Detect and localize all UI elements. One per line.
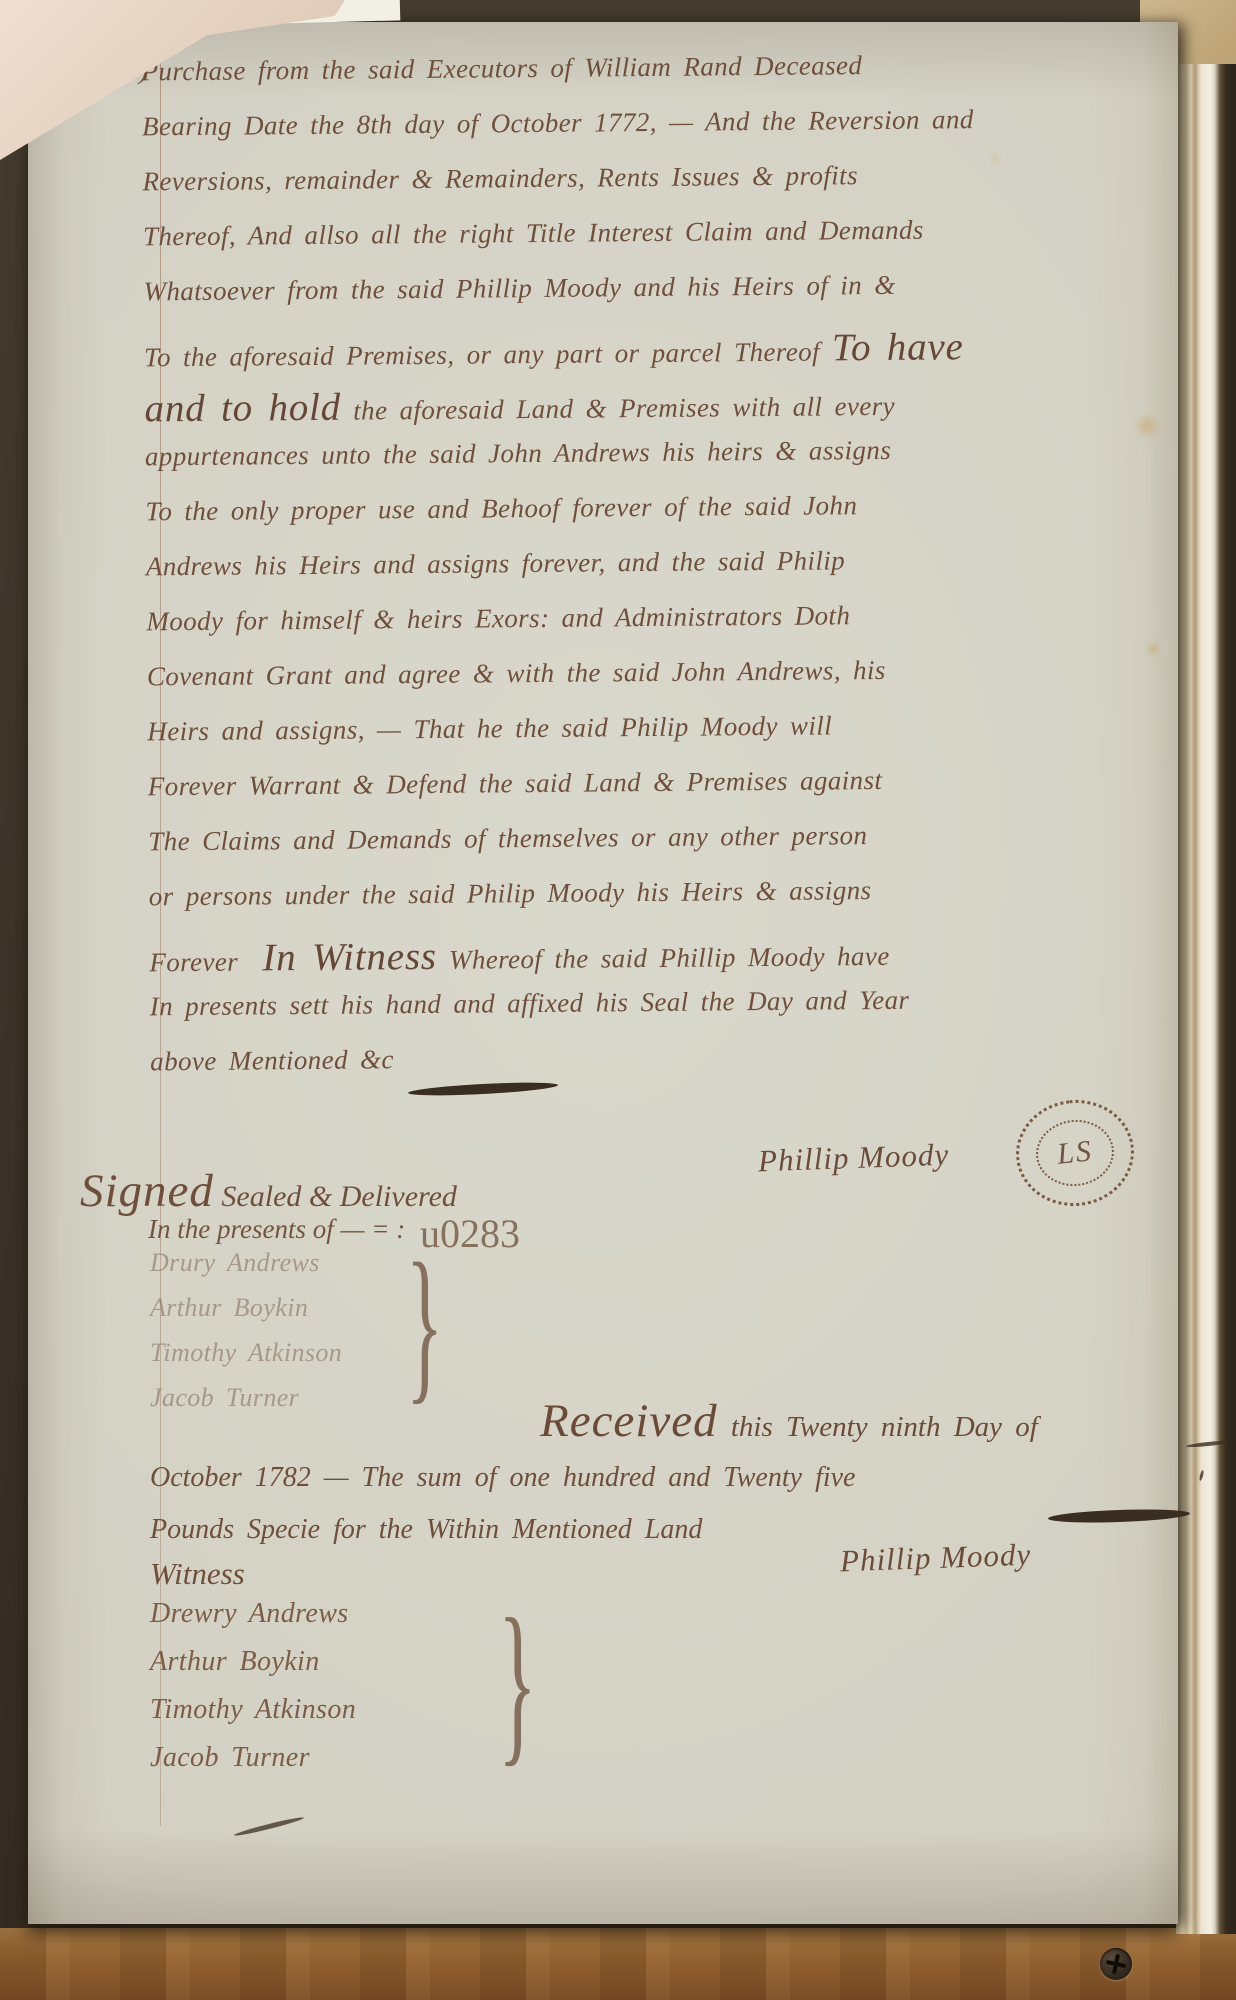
handwritten-text: Andrews his Heirs and assigns forever, a…: [146, 545, 845, 582]
handwritten-text: above Mentioned &c: [150, 1044, 394, 1077]
manuscript-line: Timothy Atkinson: [150, 1694, 356, 1742]
seal: LS: [1011, 1094, 1139, 1212]
handwritten-text: Bearing Date the 8th day of October 1772…: [142, 104, 974, 142]
manuscript-line: Forever Warrant & Defend the said Land &…: [148, 763, 1158, 827]
manuscript-line: Drury Andrews: [150, 1248, 342, 1293]
handwritten-text: Whereof the said Phillip Moody have: [437, 941, 890, 976]
in-presents-of-line: In the presents of — = :: [148, 1214, 405, 1245]
sealed-delivered-text: Sealed & Delivered: [214, 1180, 457, 1213]
handwritten-text: Timothy Atkinson: [150, 1694, 356, 1726]
book-page-edges: [1176, 0, 1236, 1934]
handwritten-text: the aforesaid Land & Premises with all e…: [341, 391, 895, 427]
handwritten-text: appurtenances unto the said John Andrews…: [145, 435, 891, 473]
manuscript-line: Arthur Boykin: [150, 1293, 342, 1338]
manuscript-line: Purchase from the said Executors of Will…: [141, 48, 1151, 112]
ledger-page: (108) Purchase from the said Executors o…: [28, 22, 1178, 1924]
handwritten-text: In presents sett his hand and affixed hi…: [150, 985, 910, 1023]
manuscript-line: Jacob Turner: [150, 1383, 342, 1428]
deed-text-body: Purchase from the said Executors of Will…: [141, 48, 1160, 1102]
manuscript-line: Andrews his Heirs and assigns forever, a…: [146, 543, 1156, 607]
handwritten-text: Timothy Atkinson: [150, 1338, 342, 1368]
wooden-table-edge: [0, 1928, 1236, 2000]
manuscript-line: In presents sett his hand and affixed hi…: [150, 983, 1160, 1047]
handwritten-text: Thereof, And allso all the right Title I…: [143, 215, 924, 253]
manuscript-line: The Claims and Demands of themselves or …: [148, 818, 1158, 882]
manuscript-line: or persons under the said Philip Moody h…: [149, 873, 1159, 937]
handwritten-text: Purchase from the said Executors of Will…: [141, 50, 862, 87]
receipt-signature: Phillip Moody: [839, 1537, 1031, 1580]
manuscript-line: Drewry Andrews: [150, 1598, 356, 1646]
witness-list-deed: Drury AndrewsArthur BoykinTimothy Atkins…: [150, 1248, 342, 1428]
witness-list-receipt: Drewry AndrewsArthur BoykinTimothy Atkin…: [150, 1598, 356, 1790]
manuscript-line: above Mentioned &c: [150, 1038, 1160, 1102]
handwritten-text: Drury Andrews: [150, 1248, 320, 1278]
handwritten-text: or persons under the said Philip Moody h…: [149, 875, 872, 912]
handwritten-text: Jacob Turner: [150, 1742, 310, 1774]
manuscript-line: appurtenances unto the said John Andrews…: [145, 433, 1155, 497]
handwritten-text: To the only proper use and Behoof foreve…: [145, 490, 857, 527]
handwritten-text: To the aforesaid Premises, or any part o…: [144, 336, 832, 373]
emphasized-phrase: In Witness: [262, 934, 437, 981]
handwritten-text: Heirs and assigns, — That he the said Ph…: [147, 710, 832, 747]
handwritten-text: Jacob Turner: [150, 1383, 299, 1413]
receipt-line-1: Received this Twenty ninth Day of: [540, 1394, 1038, 1448]
manuscript-line: To the aforesaid Premises, or any part o…: [144, 323, 1154, 387]
emphasized-phrase: To have: [832, 324, 964, 370]
manuscript-line: Thereof, And allso all the right Title I…: [143, 213, 1153, 277]
manuscript-line: Bearing Date the 8th day of October 1772…: [142, 103, 1152, 167]
handwritten-text: Whatsoever from the said Phillip Moody a…: [143, 270, 895, 308]
grantor-signature: Phillip Moody: [757, 1137, 949, 1180]
ink-stroke: [233, 1815, 304, 1837]
manuscript-line: Forever In Witness Whereof the said Phil…: [149, 928, 1159, 992]
manuscript-line: Whatsoever from the said Phillip Moody a…: [143, 268, 1153, 332]
handwritten-text: Forever: [149, 946, 262, 978]
receipt-line-2: October 1782 — The sum of one hundred an…: [150, 1462, 855, 1494]
ink-flourish: [1048, 1508, 1190, 1525]
handwritten-text: The Claims and Demands of themselves or …: [148, 820, 867, 857]
handwritten-text: Reversions, remainder & Remainders, Rent…: [142, 160, 858, 197]
screw-icon: [1100, 1948, 1132, 1980]
received-word: Received: [540, 1394, 718, 1448]
handwritten-text: Drewry Andrews: [150, 1598, 349, 1630]
handwritten-text: Arthur Boykin: [150, 1646, 320, 1678]
receipt-line-1-rest: this Twenty ninth Day of: [718, 1411, 1038, 1444]
manuscript-line: Timothy Atkinson: [150, 1338, 342, 1383]
manuscript-line: Heirs and assigns, — That he the said Ph…: [147, 708, 1157, 772]
handwritten-text: Covenant Grant and agree & with the said…: [147, 655, 886, 692]
manuscript-line: Reversions, remainder & Remainders, Rent…: [142, 158, 1152, 222]
signed-word: Signed: [80, 1165, 214, 1217]
manuscript-line: Moody for himself & heirs Exors: and Adm…: [146, 598, 1156, 662]
manuscript-line: To the only proper use and Behoof foreve…: [145, 488, 1155, 552]
manuscript-line: Arthur Boykin: [150, 1646, 356, 1694]
receipt-line-3: Pounds Specie for the Within Mentioned L…: [150, 1514, 702, 1546]
emphasized-phrase: and to hold: [144, 385, 341, 432]
manuscript-line: Covenant Grant and agree & with the said…: [147, 653, 1157, 717]
witness-brace: [498, 1592, 537, 1772]
handwritten-text: Moody for himself & heirs Exors: and Adm…: [146, 600, 850, 637]
manuscript-line: Jacob Turner: [150, 1742, 356, 1790]
manuscript-line: and to hold the aforesaid Land & Premise…: [144, 378, 1154, 442]
handwritten-text: Arthur Boykin: [150, 1293, 308, 1323]
seal-monogram: LS: [1033, 1116, 1117, 1190]
handwritten-text: Forever Warrant & Defend the said Land &…: [148, 765, 883, 802]
witness-label: Witness: [150, 1556, 245, 1592]
witness-brace: [406, 1238, 443, 1410]
